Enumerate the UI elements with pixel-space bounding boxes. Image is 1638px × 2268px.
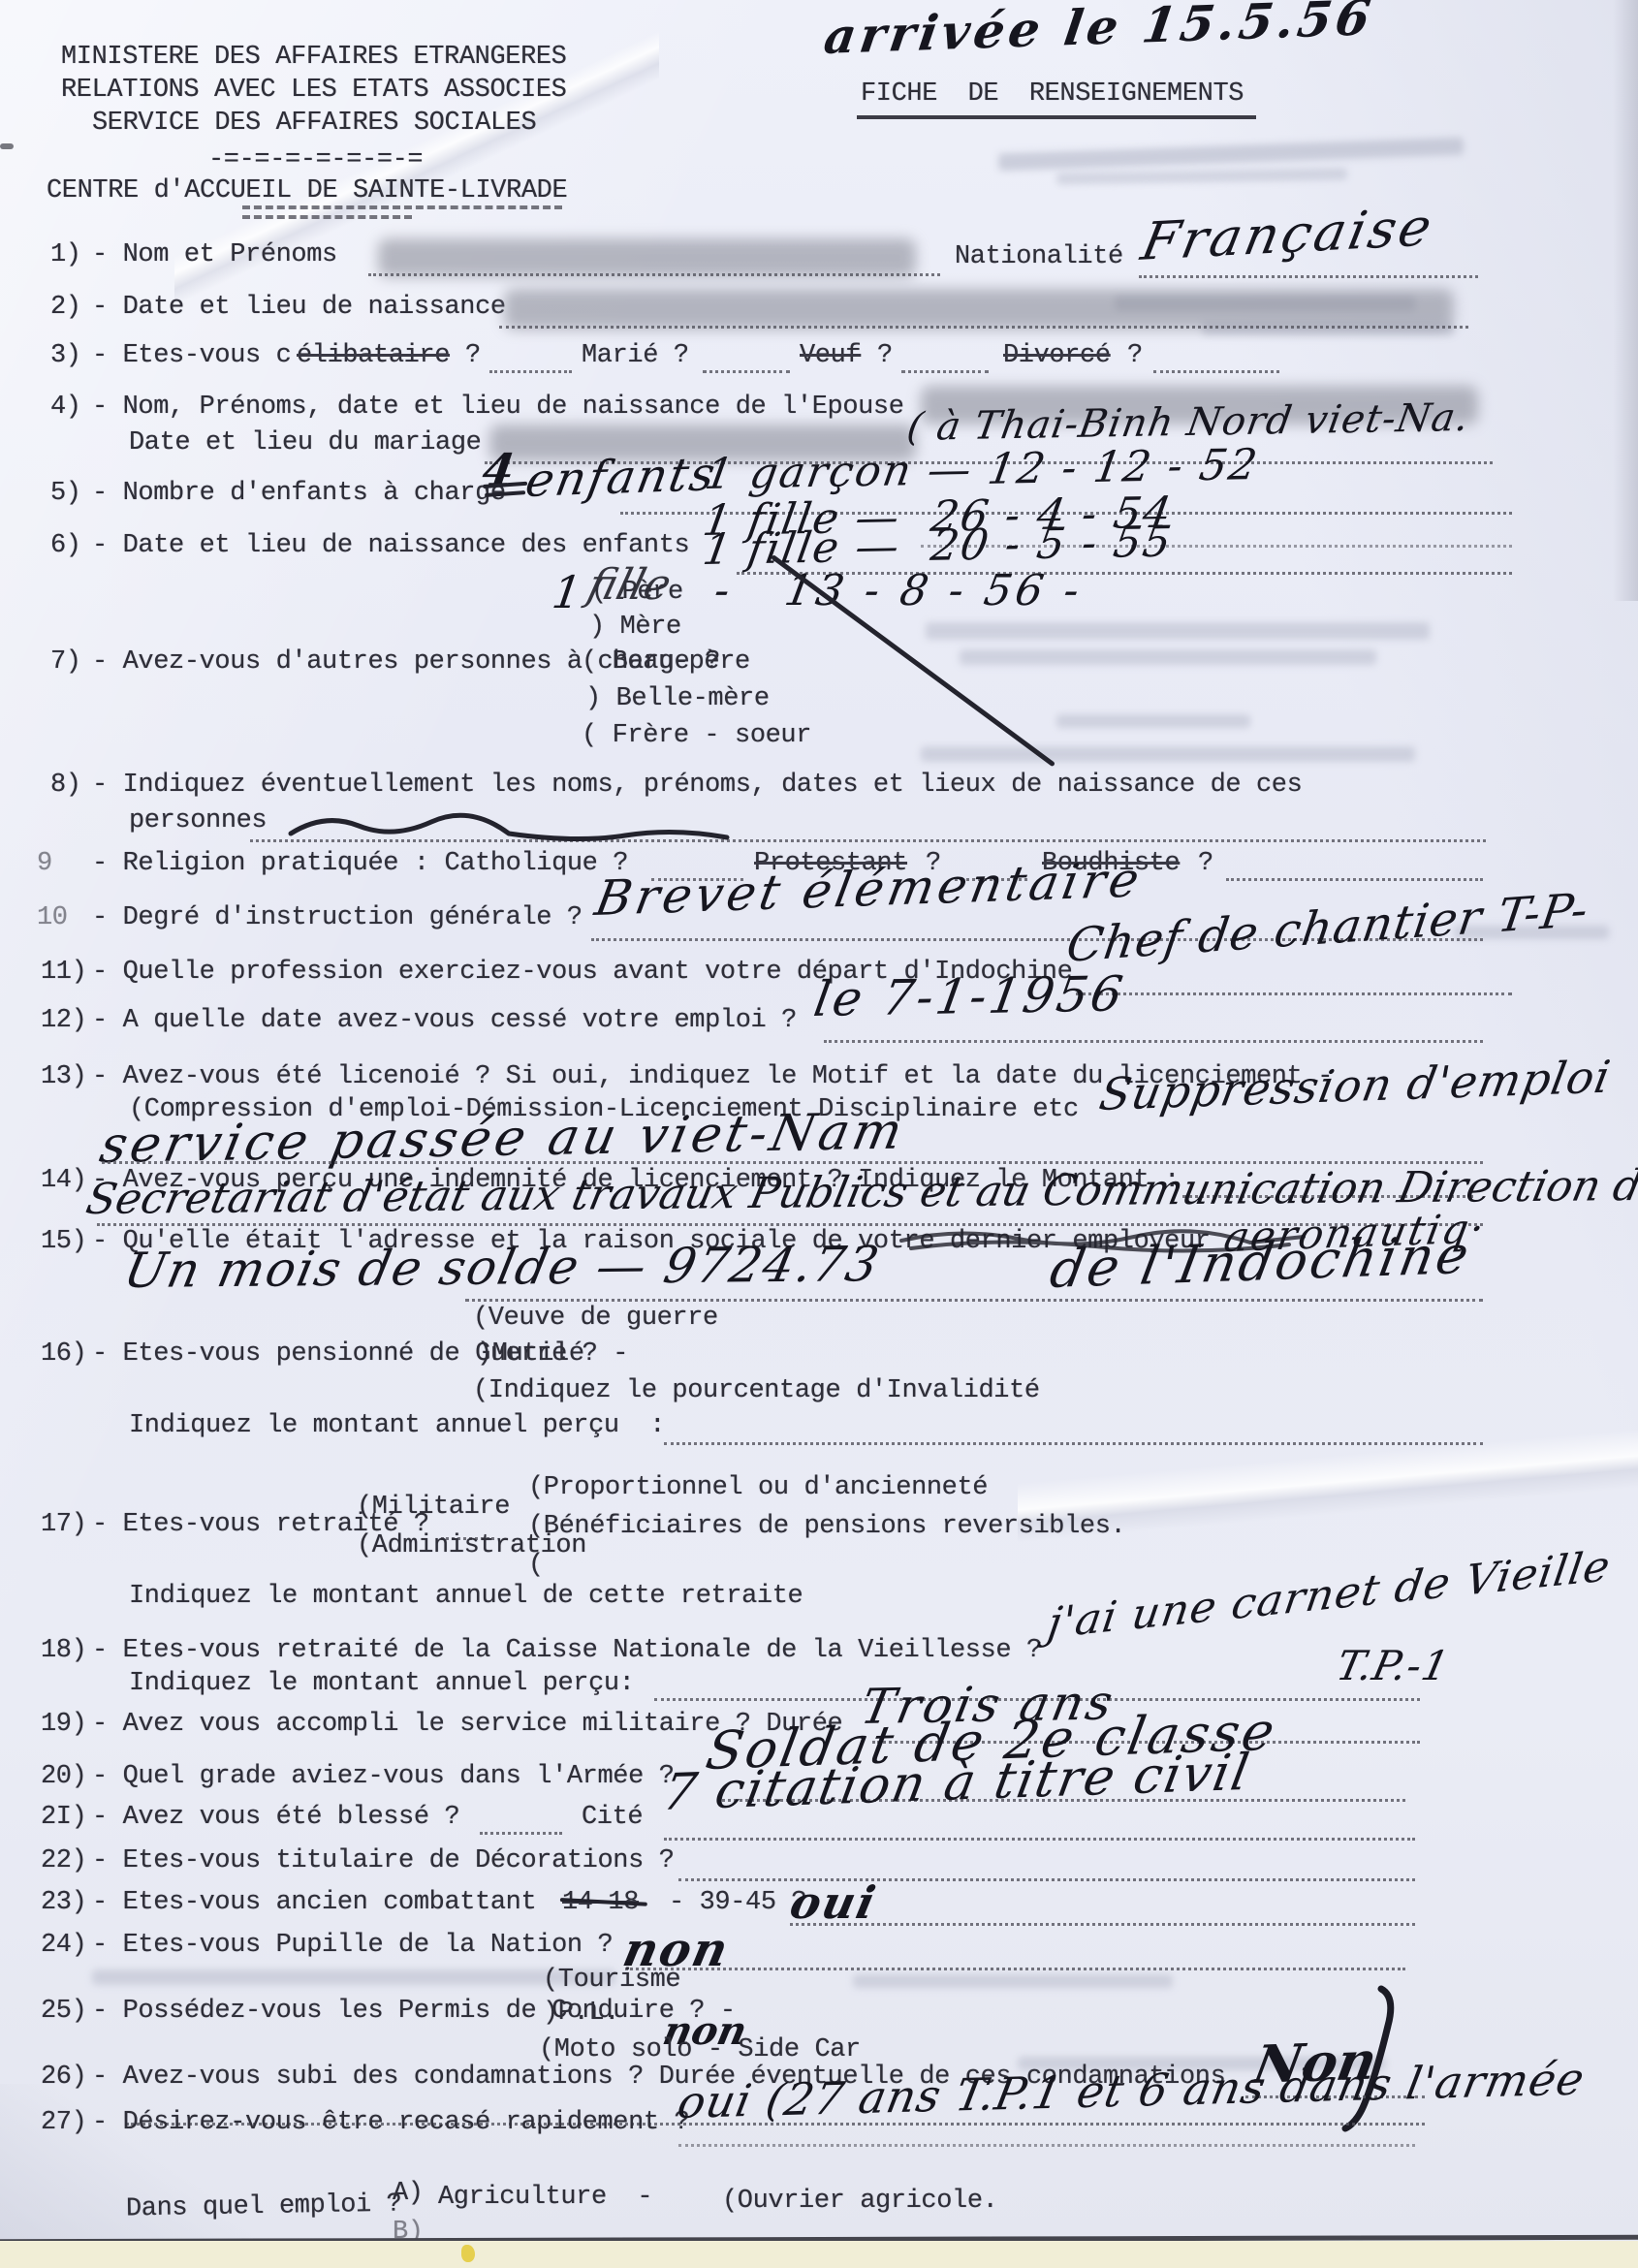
q3-qmark: ? [877, 341, 893, 370]
q17-list-paren: ( [528, 1551, 544, 1580]
q12-answer: le 7-1-1956 [810, 965, 1129, 1027]
q17-list-administration: (Administration [357, 1531, 586, 1560]
q3-line [703, 370, 790, 373]
q12-label: - A quelle date avez-vous cessé votre em… [92, 1006, 797, 1035]
q24-number: 24) [41, 1931, 86, 1960]
q6-child-row3-prefix: 1 [549, 566, 584, 618]
q9-line [1226, 878, 1483, 881]
q6-number: 6) [50, 531, 81, 560]
q1-redaction [378, 238, 916, 277]
q8-label-line1: - Indiquez éventuellement les noms, prén… [92, 771, 1302, 800]
q15-line [465, 1299, 1483, 1302]
q16-list-invalidite: (Indiquez le pourcentage d'Invalidité [473, 1376, 1040, 1405]
scan-background-strip [0, 2241, 1638, 2268]
q8-label-line2: personnes [129, 806, 267, 835]
ministry-line-1: MINISTERE DES AFFAIRES ETRANGERES [61, 43, 567, 72]
q27-option-a-sub: (Ouvrier agricole. [722, 2187, 997, 2216]
q9-qmark: ? [1198, 849, 1213, 878]
q17-list-proportionnel: (Proportionnel ou d'ancienneté [528, 1473, 988, 1502]
centre-line: CENTRE d'ACCUEIL DE SAINTE-LIVRADE [47, 176, 567, 205]
q15-number: 15) [41, 1227, 86, 1256]
q5-word-answer: enfants [521, 447, 721, 508]
q23-answer: oui [786, 1876, 882, 1929]
q23-label-post: - 39-45 ? [669, 1888, 806, 1917]
q16-list-mutile: )Mutilé [477, 1339, 584, 1369]
pencil-note [1056, 168, 1347, 184]
q7-list-beaupere: ( Beau-père [582, 647, 750, 677]
scanned-form-page: arrivée le 15.5.56 MINISTERE DES AFFAIRE… [0, 0, 1638, 2268]
handwritten-squiggle [286, 804, 732, 848]
q26-number: 26) [41, 2063, 86, 2092]
q22-label: - Etes-vous titulaire de Décorations ? [92, 1846, 675, 1875]
q3-line [901, 370, 989, 373]
bleedthrough [92, 1969, 615, 1985]
q15-answer-left: Un mois de solde — 9724.73 [119, 1236, 885, 1299]
q18-label: - Etes-vous retraité de la Caisse Nation… [92, 1636, 1042, 1665]
q7-list-pere: ( Père [591, 578, 683, 607]
q10-answer: Brevet élémentaire [591, 851, 1148, 927]
q25-list-tourisme: (Tourisme [543, 1966, 680, 1995]
q3-qmark: ? [465, 341, 481, 370]
q21-cite-label: Cité [582, 1803, 643, 1832]
q3-option-marie: Marié ? [582, 341, 689, 370]
q14-number: 14) [41, 1166, 86, 1195]
q24-label: - Etes-vous Pupille de la Nation ? [92, 1931, 613, 1960]
q17-list-beneficiaires: (Bénéficiaires de pensions reversibles. [528, 1512, 1125, 1541]
bleedthrough [921, 746, 1415, 762]
q21-label: - Avez vous été blessé ? [92, 1803, 459, 1832]
q20-label: - Quel grade aviez-vous dans l'Armée ? [92, 1762, 675, 1791]
scan-background-mark [461, 2245, 475, 2262]
q5-count-answer: 4 [479, 444, 518, 496]
q13-number: 13) [41, 1062, 86, 1091]
q25-list-pl: )P.L. [543, 1999, 619, 2028]
q11-answer: Chef de chantier T-P- [1063, 883, 1592, 973]
q18-number: 18) [41, 1636, 86, 1665]
edge-mark [0, 143, 14, 149]
q27-line [678, 2144, 1415, 2147]
q27-option-a: A) [393, 2179, 424, 2208]
header-separator: -=-=-=-=-=-=-= [208, 145, 423, 174]
title-underline [857, 115, 1256, 119]
q1-number: 1) [50, 240, 81, 269]
q5-number: 5) [50, 479, 81, 508]
q18-montant-label: Indiquez le montant annuel perçu: [129, 1669, 635, 1698]
centre-underline [242, 205, 562, 209]
q24-line [625, 1968, 1405, 1970]
q21-line [480, 1832, 562, 1835]
q27-number: 27) [41, 2108, 86, 2137]
q3-qmark: ? [1127, 341, 1143, 370]
q27-option-a-text: Agriculture - [438, 2183, 652, 2212]
q10-label: - Degré d'instruction générale ? [92, 903, 583, 932]
q2-line [499, 326, 1468, 329]
q2-label: - Date et lieu de naissance [92, 293, 506, 322]
bleedthrough [1056, 714, 1250, 728]
ministry-line-3: SERVICE DES AFFAIRES SOCIALES [92, 109, 536, 138]
q3-option-celibataire: élibataire [297, 341, 450, 370]
bleedthrough [926, 622, 1430, 640]
q22-line [678, 1878, 1415, 1881]
pencil-note [998, 138, 1464, 172]
ministry-line-2: RELATIONS AVEC LES ETATS ASSOCIES [61, 76, 567, 105]
q18-answer-part2: T.P.-1 [1333, 1642, 1455, 1689]
q3-option-divorce: Divorcé [1003, 341, 1111, 370]
q11-line [1076, 992, 1512, 995]
form-title: FICHE DE RENSEIGNEMENTS [861, 79, 1244, 109]
q25-number: 25) [41, 1997, 86, 2026]
centre-underline [242, 215, 412, 219]
q1-nationality-label: Nationalité [955, 242, 1123, 271]
q16-line [664, 1442, 1483, 1445]
q23-number: 23) [41, 1888, 86, 1917]
q1-nationality-answer: Française [1137, 196, 1439, 271]
q2-redaction [504, 289, 1454, 330]
q12-line [824, 1040, 1483, 1043]
q5-child-row: 1 garçon — 12 - 12 - 52 [702, 440, 1262, 499]
q13-answer-part1: Suppression d'emploi [1095, 1051, 1615, 1120]
q21-number: 2I) [41, 1803, 86, 1832]
q9-label: - Religion pratiquée : Catholique ? [92, 849, 628, 878]
q3-number: 3) [50, 341, 81, 370]
q27-label: - Désirez-vous être recasé rapidement ? [92, 2108, 689, 2137]
q11-number: 11) [41, 958, 86, 987]
q3-line [1153, 370, 1279, 373]
q7-list-frere-soeur: ( Frère - soeur [582, 721, 811, 750]
q7-list-mere: ) Mère [589, 613, 681, 642]
q5-label: - Nombre d'enfants à charge [92, 479, 506, 508]
q20-number: 20) [41, 1762, 86, 1791]
q23-label-pre: - Etes-vous ancien combattant [92, 1888, 536, 1917]
q16-montant-label: Indiquez le montant annuel perçu : [129, 1411, 665, 1440]
q10-number: 10 [37, 903, 68, 932]
arrival-note: arrivée le 15.5.56 [821, 0, 1378, 65]
q2-number: 2) [50, 293, 81, 322]
q25-label: - Possédez-vous les Permis de Conduire ?… [92, 1997, 736, 2026]
q17-montant-label: Indiquez le montant annuel de cette retr… [129, 1582, 803, 1611]
q12-number: 12) [41, 1006, 86, 1035]
q22-number: 22) [41, 1846, 86, 1875]
q3-line [489, 370, 572, 373]
q3-option-veuf: Veuf [800, 341, 861, 370]
q9-number: 9 [37, 849, 52, 878]
q7-list-bellemere: ) Belle-mère [585, 684, 770, 713]
q7-number: 7) [50, 647, 81, 677]
q27-emploi-label: Dans quel emploi ? [126, 2190, 402, 2224]
q25-list-moto: (Moto solo - Side Car [539, 2035, 861, 2064]
q4-label-line1: - Nom, Prénoms, date et lieu de naissanc… [92, 393, 904, 422]
bleedthrough [853, 1974, 1173, 1988]
q16-number: 16) [41, 1339, 86, 1369]
right-edge-shadow [1613, 0, 1638, 601]
q1-line [368, 273, 940, 276]
q1-label: - Nom et Prénoms [92, 240, 337, 269]
q6-child-row3-dates: - 13 - 8 - 56 - [710, 566, 1087, 615]
q21-answer-line [664, 1838, 1415, 1841]
q1-nationality-line [1139, 275, 1478, 278]
q23-line [790, 1923, 1415, 1926]
q8-number: 8) [50, 771, 81, 800]
q16-list-veuve: (Veuve de guerre [473, 1304, 718, 1333]
q17-number: 17) [41, 1510, 86, 1539]
q4-number: 4) [50, 393, 81, 422]
q4-label-line2: Date et lieu du mariage [129, 428, 481, 457]
q19-number: 19) [41, 1710, 86, 1739]
q6-label: - Date et lieu de naissance des enfants [92, 531, 689, 560]
q18-answer-part1: j'ai une carnet de Vieille [1045, 1542, 1614, 1649]
q3-label-pre: - Etes-vous c [92, 341, 291, 370]
bleedthrough [960, 649, 1376, 665]
